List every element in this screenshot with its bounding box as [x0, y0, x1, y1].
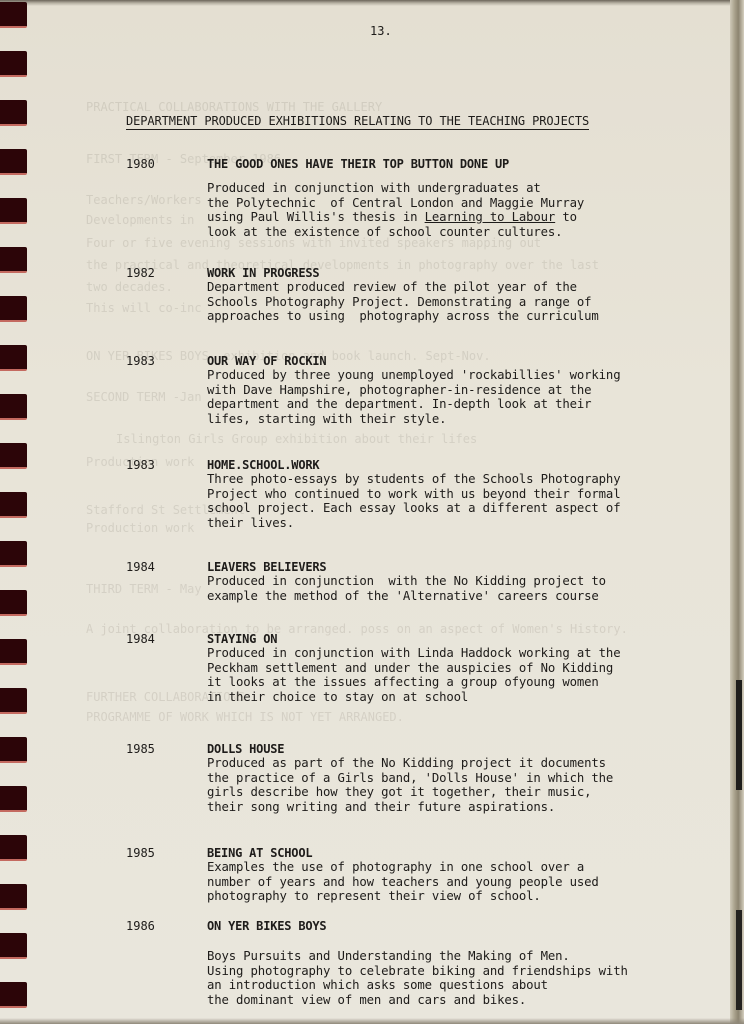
description-line: Three photo-essays by students of the Sc… [207, 472, 620, 487]
exhibition-year: 1985 [126, 742, 155, 756]
description-line: Schools Photography Project. Demonstrati… [207, 295, 599, 310]
description-line: the practice of a Girls band, 'Dolls Hou… [207, 771, 613, 786]
description-line: example the method of the 'Alternative' … [207, 589, 606, 604]
description-line: Project who continued to work with us be… [207, 487, 620, 502]
page-number: 13. [370, 24, 392, 38]
binding-hole [0, 394, 27, 420]
binding-hole [0, 639, 27, 665]
exhibition-year: 1982 [126, 266, 155, 280]
page-edge-shadow [736, 910, 742, 1010]
binding-hole [0, 2, 27, 28]
exhibition-year: 1984 [126, 560, 155, 574]
ghost-line: SECOND TERM -Jan [86, 390, 202, 404]
description-line: Department produced review of the pilot … [207, 280, 599, 295]
description-line: the Polytechnic of Central London and Ma… [207, 196, 584, 211]
exhibition-description: Produced in conjunction with the No Kidd… [207, 574, 606, 603]
exhibition-description: Produced in conjunction with undergradua… [207, 181, 584, 239]
description-line: department and the department. In-depth … [207, 397, 620, 412]
description-line: look at the existence of school counter … [207, 225, 584, 240]
exhibition-year: 1983 [126, 458, 155, 472]
exhibition-year: 1986 [126, 919, 155, 933]
binding-hole [0, 786, 27, 812]
ghost-line: two decades. [86, 280, 173, 294]
exhibition-title: LEAVERS BELIEVERS [207, 560, 326, 574]
page-right-edge [730, 0, 744, 1024]
binding-hole [0, 443, 27, 469]
exhibition-description: Three photo-essays by students of the Sc… [207, 472, 620, 530]
description-line: their lives. [207, 516, 620, 531]
description-line: lifes, starting with their style. [207, 412, 620, 427]
ghost-line: PRACTICAL COLLABORATIONS WITH THE GALLER… [86, 100, 382, 114]
binding-hole [0, 541, 27, 567]
description-line: it looks at the issues affecting a group… [207, 675, 620, 690]
description-line: an introduction which asks some question… [207, 978, 628, 993]
binding-hole [0, 296, 27, 322]
exhibition-title: WORK IN PROGRESS [207, 266, 319, 280]
binding-hole [0, 884, 27, 910]
exhibition-description: Produced by three young unemployed 'rock… [207, 368, 620, 426]
exhibition-description: Produced in conjunction with Linda Haddo… [207, 646, 620, 704]
exhibition-title: ON YER BIKES BOYS [207, 919, 326, 933]
description-line: the dominant view of men and cars and bi… [207, 993, 628, 1008]
spiral-binding [0, 0, 30, 1024]
exhibition-title: HOME.SCHOOL.WORK [207, 458, 319, 472]
page-bottom-edge [0, 1018, 744, 1024]
binding-hole [0, 982, 27, 1008]
description-line: Examples the use of photography in one s… [207, 860, 599, 875]
binding-hole [0, 149, 27, 175]
ghost-line: THIRD TERM - May [86, 582, 202, 596]
binding-hole [0, 51, 27, 77]
exhibition-title: OUR WAY OF ROCKIN [207, 354, 326, 368]
ghost-line: Islington Girls Group exhibition about t… [116, 432, 477, 446]
ghost-line: This will co-inc [86, 301, 202, 315]
description-line: Peckham settlement and under the auspici… [207, 661, 620, 676]
binding-hole [0, 835, 27, 861]
description-line: Using photography to celebrate biking an… [207, 964, 628, 979]
description-line: with Dave Hampshire, photographer-in-res… [207, 383, 620, 398]
description-line: Boys Pursuits and Understanding the Maki… [207, 949, 628, 964]
binding-hole [0, 492, 27, 518]
description-line: Produced in conjunction with undergradua… [207, 181, 584, 196]
exhibition-year: 1983 [126, 354, 155, 368]
exhibition-title: BEING AT SCHOOL [207, 846, 312, 860]
description-line: number of years and how teachers and you… [207, 875, 599, 890]
description-line: their song writing and their future aspi… [207, 800, 613, 815]
page-top-shadow [0, 0, 744, 6]
exhibition-year: 1980 [126, 157, 155, 171]
exhibition-title: THE GOOD ONES HAVE THEIR TOP BUTTON DONE… [207, 157, 509, 171]
ghost-line: A joint collaboration to be arranged. po… [86, 622, 628, 636]
ghost-line: Production work [86, 521, 194, 535]
document-page: PRACTICAL COLLABORATIONS WITH THE GALLER… [0, 0, 744, 1024]
exhibition-title: STAYING ON [207, 632, 277, 646]
book-title: Learning to Labour [425, 210, 556, 224]
description-line: photography to represent their view of s… [207, 889, 599, 904]
exhibition-description: Produced as part of the No Kidding proje… [207, 756, 613, 814]
description-line: Produced as part of the No Kidding proje… [207, 756, 613, 771]
description-line: approaches to using photography across t… [207, 309, 599, 324]
exhibition-description: Examples the use of photography in one s… [207, 860, 599, 904]
exhibition-year: 1984 [126, 632, 155, 646]
section-heading: DEPARTMENT PRODUCED EXHIBITIONS RELATING… [126, 114, 589, 130]
ghost-line: Developments in [86, 213, 194, 227]
description-line: Produced in conjunction with Linda Haddo… [207, 646, 620, 661]
description-line: girls describe how they got it together,… [207, 785, 613, 800]
exhibition-description: Department produced review of the pilot … [207, 280, 599, 324]
description-line: school project. Each essay looks at a di… [207, 501, 620, 516]
ghost-line: Teachers/Workers [86, 193, 202, 207]
binding-hole [0, 933, 27, 959]
binding-hole [0, 247, 27, 273]
description-line: Produced by three young unemployed 'rock… [207, 368, 620, 383]
exhibition-title: DOLLS HOUSE [207, 742, 284, 756]
binding-hole [0, 345, 27, 371]
binding-hole [0, 198, 27, 224]
description-line: in their choice to stay on at school [207, 690, 620, 705]
exhibition-year: 1985 [126, 846, 155, 860]
ghost-line: PROGRAMME OF WORK WHICH IS NOT YET ARRAN… [86, 710, 404, 724]
exhibition-description: Boys Pursuits and Understanding the Maki… [207, 949, 628, 1007]
description-line: Produced in conjunction with the No Kidd… [207, 574, 606, 589]
binding-hole [0, 100, 27, 126]
binding-hole [0, 737, 27, 763]
binding-hole [0, 590, 27, 616]
binding-hole [0, 688, 27, 714]
description-line: using Paul Willis's thesis in Learning t… [207, 210, 584, 225]
page-edge-shadow [736, 680, 742, 790]
ghost-line: the practical and theoretical developmen… [86, 258, 599, 272]
